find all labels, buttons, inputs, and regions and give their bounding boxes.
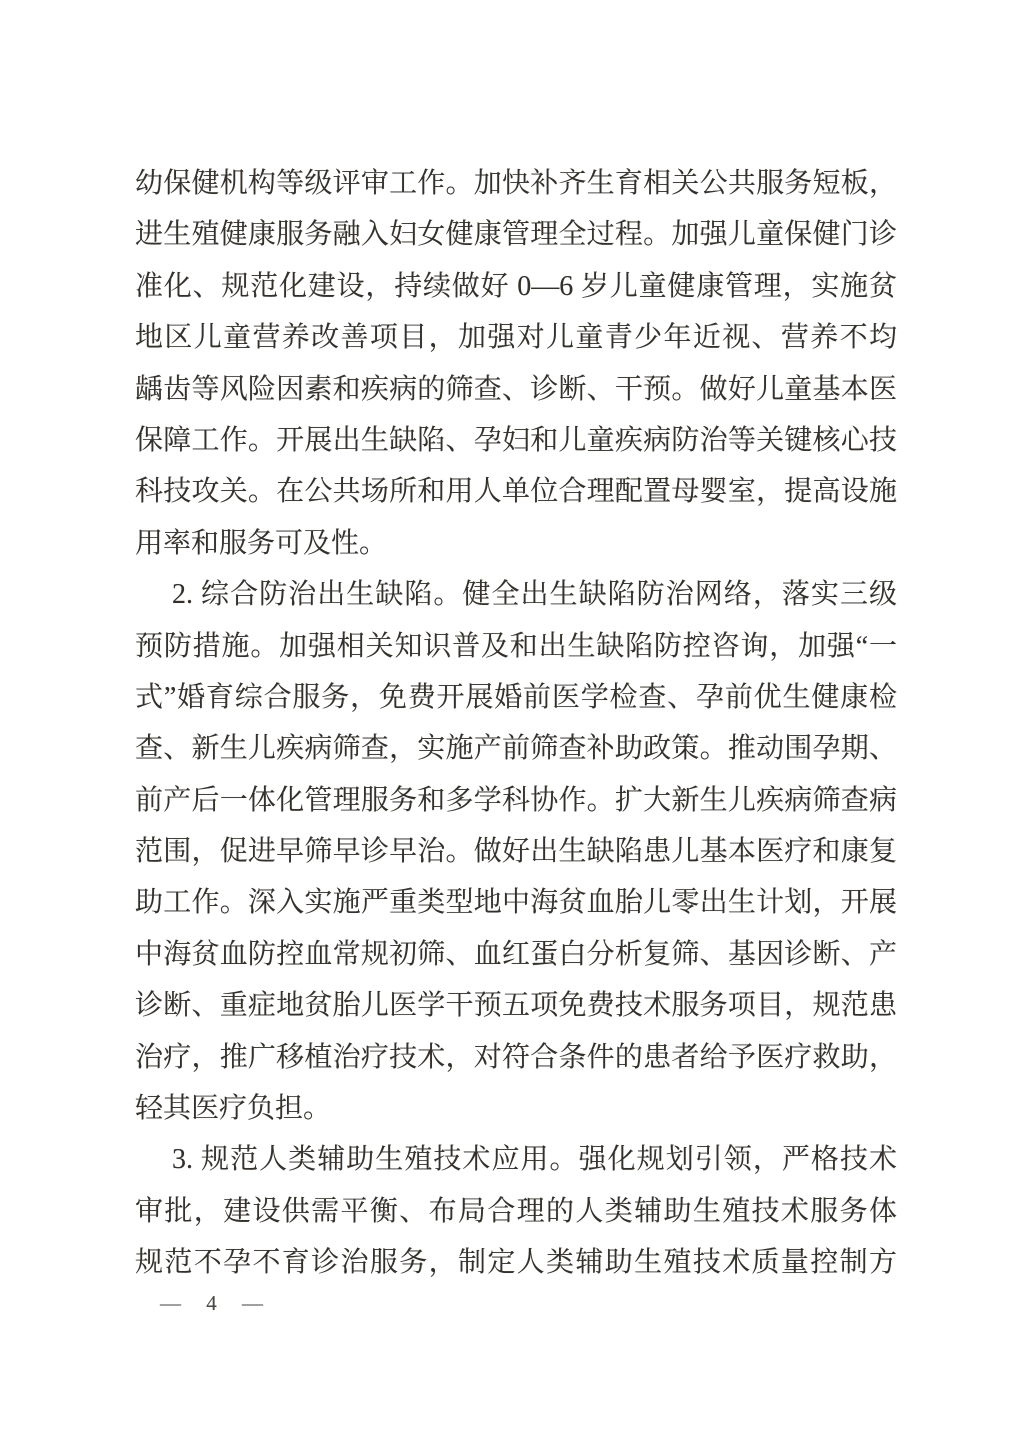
text-line: 进生殖健康服务融入妇女健康管理全过程。加强儿童保健门诊标 [135, 209, 897, 260]
text-line: 幼保健机构等级评审工作。加快补齐生育相关公共服务短板，促 [135, 158, 897, 209]
text-line: 轻其医疗负担。 [135, 1083, 897, 1134]
text-line: 查、新生儿疾病筛查，实施产前筛查补助政策。推动围孕期、产 [135, 723, 897, 774]
text-line: 预防措施。加强相关知识普及和出生缺陷防控咨询，加强“一站 [135, 621, 897, 672]
text-line: 准化、规范化建设，持续做好 0—6 岁儿童健康管理，实施贫困 [135, 261, 897, 312]
document-page: 幼保健机构等级评审工作。加快补齐生育相关公共服务短板，促进生殖健康服务融入妇女健… [0, 0, 1024, 1448]
text-line: 助工作。深入实施严重类型地中海贫血胎儿零出生计划，开展地 [135, 877, 897, 928]
document-body: 幼保健机构等级评审工作。加快补齐生育相关公共服务短板，促进生殖健康服务融入妇女健… [135, 158, 897, 1289]
text-line: 3. 规范人类辅助生殖技术应用。强化规划引领，严格技术 [135, 1134, 897, 1185]
text-line: 用率和服务可及性。 [135, 518, 897, 569]
text-line: 科技攻关。在公共场所和用人单位合理配置母婴室，提高设施利 [135, 466, 897, 517]
text-line: 诊断、重症地贫胎儿医学干预五项免费技术服务项目，规范患者 [135, 980, 897, 1031]
text-line: 规范不孕不育诊治服务，制定人类辅助生殖技术质量控制方案， [135, 1237, 897, 1288]
text-line: 龋齿等风险因素和疾病的筛查、诊断、干预。做好儿童基本医疗 [135, 364, 897, 415]
text-line: 审批，建设供需平衡、布局合理的人类辅助生殖技术服务体系。 [135, 1186, 897, 1237]
text-line: 地区儿童营养改善项目，加强对儿童青少年近视、营养不均衡、 [135, 312, 897, 363]
text-line: 中海贫血防控血常规初筛、血红蛋白分析复筛、基因诊断、产前 [135, 929, 897, 980]
text-line: 式”婚育综合服务，免费开展婚前医学检查、孕前优生健康检 [135, 672, 897, 723]
text-line: 范围，促进早筛早诊早治。做好出生缺陷患儿基本医疗和康复救 [135, 826, 897, 877]
text-line: 保障工作。开展出生缺陷、孕妇和儿童疾病防治等关键核心技术 [135, 415, 897, 466]
text-line: 前产后一体化管理服务和多学科协作。扩大新生儿疾病筛查病种 [135, 775, 897, 826]
page-number: — 4 — [160, 1291, 265, 1316]
text-line: 2. 综合防治出生缺陷。健全出生缺陷防治网络，落实三级 [135, 569, 897, 620]
text-line: 治疗，推广移植治疗技术，对符合条件的患者给予医疗救助，减 [135, 1032, 897, 1083]
